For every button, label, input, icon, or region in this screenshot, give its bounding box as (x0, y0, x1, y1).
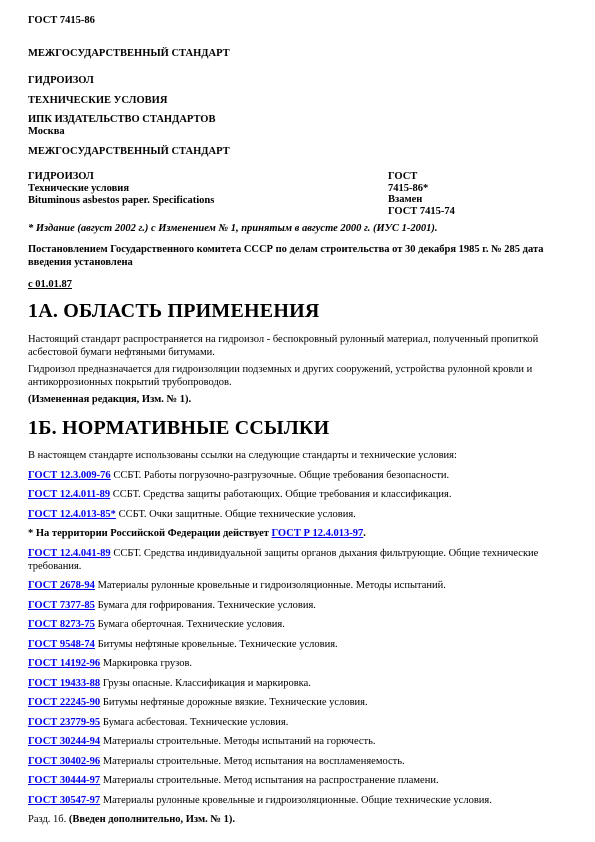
reference-row: ГОСТ 12.3.009-76 ССБТ. Работы погрузочно… (28, 469, 567, 482)
reference-row: ГОСТ 12.4.041-89 ССБТ. Средства индивиду… (28, 547, 567, 573)
reference-row: ГОСТ 30244-94 Материалы строительные. Ме… (28, 735, 567, 748)
closing-bold: (Введен дополнительно, Изм. № 1). (69, 814, 235, 825)
reference-row: ГОСТ 8273-75 Бумага оберточная. Техничес… (28, 618, 567, 631)
title-block-name: ГИДРОИЗОЛ (28, 171, 388, 183)
reference-text: Материалы строительные. Метод испытания … (100, 756, 404, 767)
gost-link[interactable]: ГОСТ 30547-97 (28, 795, 100, 806)
reference-row: ГОСТ 30402-96 Материалы строительные. Ме… (28, 755, 567, 768)
reference-row: * На территории Российской Федерации дей… (28, 527, 567, 540)
reference-text: Материалы рулонные кровельные и гидроизо… (100, 795, 492, 806)
title-block: ГИДРОИЗОЛ Технические условия Bituminous… (28, 171, 567, 217)
reference-row: ГОСТ 7377-85 Бумага для гофрирования. Те… (28, 599, 567, 612)
reference-row: ГОСТ 12.4.011-89 ССБТ. Средства защиты р… (28, 488, 567, 501)
gost-link[interactable]: ГОСТ 12.4.013-85* (28, 509, 116, 520)
gost-code-number: 7415-86* (388, 183, 567, 195)
standard-type-line-2: МЕЖГОСУДАРСТВЕННЫЙ СТАНДАРТ (28, 145, 567, 158)
gost-link[interactable]: ГОСТ 8273-75 (28, 619, 95, 630)
publisher-name: ИПК ИЗДАТЕЛЬСТВО СТАНДАРТОВ (28, 114, 215, 125)
reference-row: ГОСТ 23779-95 Бумага асбестовая. Техниче… (28, 716, 567, 729)
document-page: ГОСТ 7415-86 МЕЖГОСУДАРСТВЕННЫЙ СТАНДАРТ… (0, 0, 595, 842)
gost-link[interactable]: ГОСТ 23779-95 (28, 717, 100, 728)
gost-link[interactable]: ГОСТ 12.3.009-76 (28, 470, 111, 481)
gost-link[interactable]: ГОСТ 30244-94 (28, 736, 100, 747)
replaces-label: Взамен (388, 194, 567, 206)
gost-link[interactable]: ГОСТ 7377-85 (28, 600, 95, 611)
gost-link[interactable]: ГОСТ 9548-74 (28, 639, 95, 650)
reference-text: Бумага оберточная. Технические условия. (95, 619, 285, 630)
decree-paragraph: Постановлением Государственного комитета… (28, 243, 567, 269)
title-block-subtitle-ru: Технические условия (28, 183, 388, 195)
reference-text: Грузы опасные. Классификация и маркировк… (100, 678, 311, 689)
closing-plain: Разд. 1б. (28, 814, 69, 825)
reference-text: Бумага для гофрирования. Технические усл… (95, 600, 316, 611)
reference-text: Бумага асбестовая. Технические условия. (100, 717, 288, 728)
gost-link[interactable]: ГОСТ Р 12.4.013-97 (272, 528, 364, 539)
gost-link[interactable]: ГОСТ 22245-90 (28, 697, 100, 708)
references-list: ГОСТ 12.3.009-76 ССБТ. Работы погрузочно… (28, 469, 567, 807)
amendment-note: (Измененная редакция, Изм. № 1). (28, 393, 567, 406)
reference-text: Битумы нефтяные дорожные вязкие. Техниче… (100, 697, 367, 708)
document-subtitle: ТЕХНИЧЕСКИЕ УСЛОВИЯ (28, 94, 567, 107)
reference-text: Битумы нефтяные кровельные. Технические … (95, 639, 338, 650)
reference-text: ССБТ. Очки защитные. Общие технические у… (116, 509, 356, 520)
reference-row: ГОСТ 22245-90 Битумы нефтяные дорожные в… (28, 696, 567, 709)
reference-text: Маркировка грузов. (100, 658, 192, 669)
effective-date: с 01.01.87 (28, 278, 567, 291)
title-block-right: ГОСТ 7415-86* Взамен ГОСТ 7415-74 (388, 171, 567, 217)
reference-row: ГОСТ 9548-74 Битумы нефтяные кровельные.… (28, 638, 567, 651)
gost-link[interactable]: ГОСТ 12.4.041-89 (28, 548, 111, 559)
gost-code-label: ГОСТ (388, 171, 567, 183)
running-header: ГОСТ 7415-86 (28, 14, 567, 27)
section-1b-heading: 1Б. НОРМАТИВНЫЕ ССЫЛКИ (28, 416, 567, 440)
gost-link[interactable]: ГОСТ 12.4.011-89 (28, 489, 110, 500)
reference-prefix: * На территории Российской Федерации дей… (28, 528, 272, 539)
replaces-code: ГОСТ 7415-74 (388, 206, 567, 218)
gost-link[interactable]: ГОСТ 30444-97 (28, 775, 100, 786)
reference-text: Материалы строительные. Методы испытаний… (100, 736, 375, 747)
gost-link[interactable]: ГОСТ 2678-94 (28, 580, 95, 591)
reference-row: ГОСТ 2678-94 Материалы рулонные кровельн… (28, 579, 567, 592)
gost-link[interactable]: ГОСТ 14192-96 (28, 658, 100, 669)
reference-text: . (363, 528, 366, 539)
reference-text: ССБТ. Средства защиты работающих. Общие … (110, 489, 451, 500)
standard-type-line-1: МЕЖГОСУДАРСТВЕННЫЙ СТАНДАРТ (28, 47, 567, 60)
scope-paragraph-1: Настоящий стандарт распространяется на г… (28, 333, 567, 359)
reference-row: ГОСТ 19433-88 Грузы опасные. Классификац… (28, 677, 567, 690)
reference-text: Материалы рулонные кровельные и гидроизо… (95, 580, 446, 591)
closing-note: Разд. 1б. (Введен дополнительно, Изм. № … (28, 813, 567, 826)
reference-row: ГОСТ 14192-96 Маркировка грузов. (28, 657, 567, 670)
title-block-left: ГИДРОИЗОЛ Технические условия Bituminous… (28, 171, 388, 217)
gost-link[interactable]: ГОСТ 30402-96 (28, 756, 100, 767)
publisher-block: ИПК ИЗДАТЕЛЬСТВО СТАНДАРТОВ Москва (28, 114, 567, 138)
document-title: ГИДРОИЗОЛ (28, 74, 567, 87)
reference-row: ГОСТ 30444-97 Материалы строительные. Ме… (28, 774, 567, 787)
reference-text: ССБТ. Работы погрузочно-разгрузочные. Об… (111, 470, 449, 481)
references-intro: В настоящем стандарте использованы ссылк… (28, 449, 567, 462)
reference-row: ГОСТ 30547-97 Материалы рулонные кровель… (28, 794, 567, 807)
reference-row: ГОСТ 12.4.013-85* ССБТ. Очки защитные. О… (28, 508, 567, 521)
edition-footnote: * Издание (август 2002 г.) с Изменением … (28, 222, 567, 235)
scope-paragraph-2: Гидроизол предназначается для гидроизоля… (28, 363, 567, 389)
publisher-city: Москва (28, 126, 65, 137)
section-1a-heading: 1А. ОБЛАСТЬ ПРИМЕНЕНИЯ (28, 299, 567, 323)
title-block-subtitle-en: Bituminous asbestos paper. Specification… (28, 195, 388, 207)
reference-text: Материалы строительные. Метод испытания … (100, 775, 438, 786)
gost-link[interactable]: ГОСТ 19433-88 (28, 678, 100, 689)
